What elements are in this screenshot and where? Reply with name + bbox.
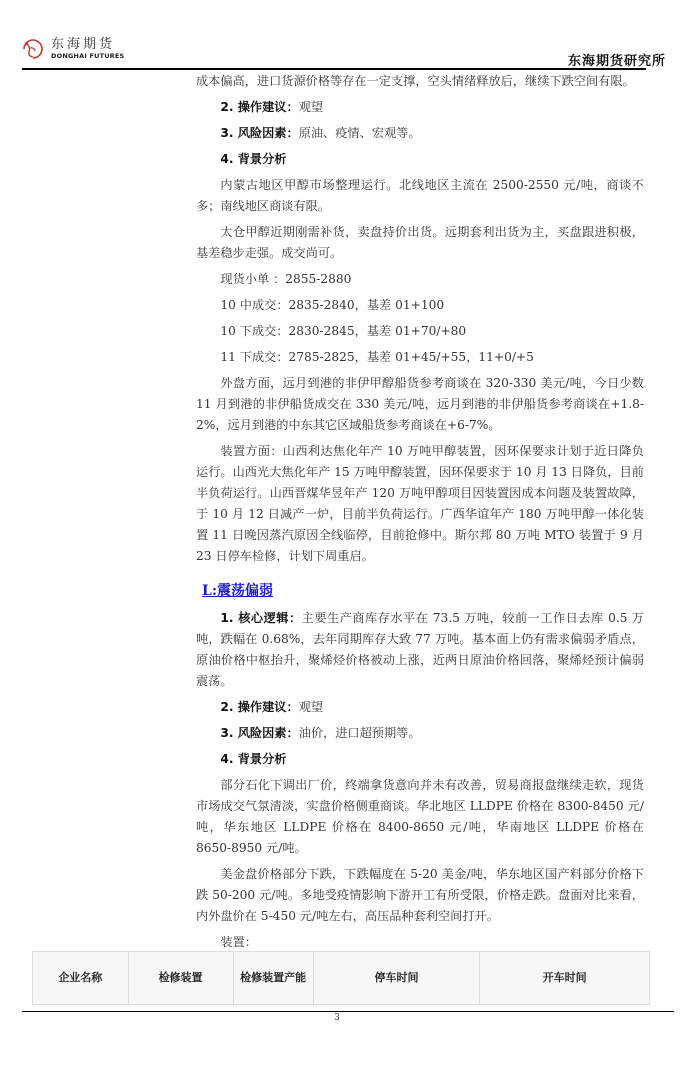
methanol-logic-tail: 成本偏高，进口货源价格等存在一定支撑，空头情绪释放后，继续下跌空间有限。 — [196, 71, 644, 92]
column-header-stop-time: 停车时间 — [313, 952, 480, 1005]
research-institute-title: 东海期货研究所 — [568, 50, 666, 69]
column-header-company: 企业名称 — [33, 952, 129, 1005]
spot-price-line: 11 下成交：2785-2825，基差 01+45/+55，11+0/+5 — [196, 347, 644, 368]
column-header-unit: 检修装置 — [128, 952, 233, 1005]
document-body: 成本偏高，进口货源价格等存在一定支撑，空头情绪释放后，继续下跌空间有限。 2. … — [196, 71, 644, 958]
spot-price-line: 10 中成交：2835-2840，基差 01+100 — [196, 295, 644, 316]
footer-divider — [22, 1011, 674, 1012]
item-text: 观望 — [299, 100, 323, 114]
item-text: 油价，进口超预期等。 — [299, 726, 421, 740]
spot-price-line: 10 下成交：2830-2845，基差 01+70/+80 — [196, 321, 644, 342]
lldpe-operation-advice: 2. 操作建议：观望 — [196, 697, 644, 718]
page-number: 3 — [0, 1013, 674, 1023]
item-label: 2. 操作建议： — [220, 100, 298, 114]
methanol-operation-advice: 2. 操作建议：观望 — [196, 97, 644, 118]
methanol-inner-mongolia-paragraph: 内蒙古地区甲醇市场整理运行。北线地区主流在 2500-2550 元/吨，商谈不多… — [196, 175, 644, 217]
lldpe-background-heading: 4. 背景分析 — [196, 749, 644, 770]
item-label: 1. 核心逻辑： — [220, 611, 301, 625]
item-label: 4. 背景分析 — [220, 752, 286, 766]
item-label: 4. 背景分析 — [220, 152, 286, 166]
header-divider — [22, 68, 646, 70]
company-logo: 东海期货 DONGHAI FUTURES — [20, 36, 124, 62]
item-text: 观望 — [299, 700, 323, 714]
lldpe-plant-label: 装置： — [196, 932, 644, 953]
lldpe-dollar-market-paragraph: 美金盘价格部分下跌，下跌幅度在 5-20 美金/吨，华东地区国产料部分价格下跌 … — [196, 864, 644, 927]
item-label: 2. 操作建议： — [220, 700, 298, 714]
methanol-taicang-paragraph: 太仓甲醇近期刚需补货，卖盘持价出货。远期套利出货为主，买盘跟进积极，基差稳步走强… — [196, 222, 644, 264]
methanol-external-market-paragraph: 外盘方面，远月到港的非伊甲醇船货参考商谈在 320-330 美元/吨，今日少数 … — [196, 373, 644, 436]
spot-price-line: 现货小单 ：2855-2880 — [196, 269, 644, 290]
maintenance-table: 企业名称 检修装置 检修装置产能 停车时间 开车时间 — [32, 951, 650, 1005]
lldpe-spot-market-paragraph: 部分石化下调出厂价，终端拿货意向并未有改善，贸易商报盘继续走软，现货市场成交气氛… — [196, 775, 644, 859]
methanol-plant-status-paragraph: 装置方面：山西利达焦化年产 10 万吨甲醇装置，因环保要求计划于近日降负运行。山… — [196, 441, 644, 567]
logo-chinese-name: 东海期货 — [51, 38, 124, 52]
item-label: 3. 风险因素： — [220, 126, 298, 140]
column-header-capacity: 检修装置产能 — [233, 952, 313, 1005]
table-header-row: 企业名称 检修装置 检修装置产能 停车时间 开车时间 — [33, 952, 650, 1005]
column-header-start-time: 开车时间 — [480, 952, 650, 1005]
page-header: 东海期货 DONGHAI FUTURES 东海期货研究所 — [0, 0, 698, 70]
methanol-background-heading: 4. 背景分析 — [196, 149, 644, 170]
lldpe-section-title[interactable]: L:震荡偏弱 — [202, 581, 644, 602]
lldpe-risk-factors: 3. 风险因素：油价，进口超预期等。 — [196, 723, 644, 744]
methanol-risk-factors: 3. 风险因素：原油、疫情、宏观等。 — [196, 123, 644, 144]
lldpe-core-logic: 1. 核心逻辑：主要生产商库存水平在 73.5 万吨，较前一工作日去库 0.5 … — [196, 608, 644, 692]
item-label: 3. 风险因素： — [220, 726, 298, 740]
logo-english-name: DONGHAI FUTURES — [51, 52, 124, 60]
dragon-logo-icon — [20, 36, 46, 62]
item-text: 原油、疫情、宏观等。 — [299, 126, 421, 140]
